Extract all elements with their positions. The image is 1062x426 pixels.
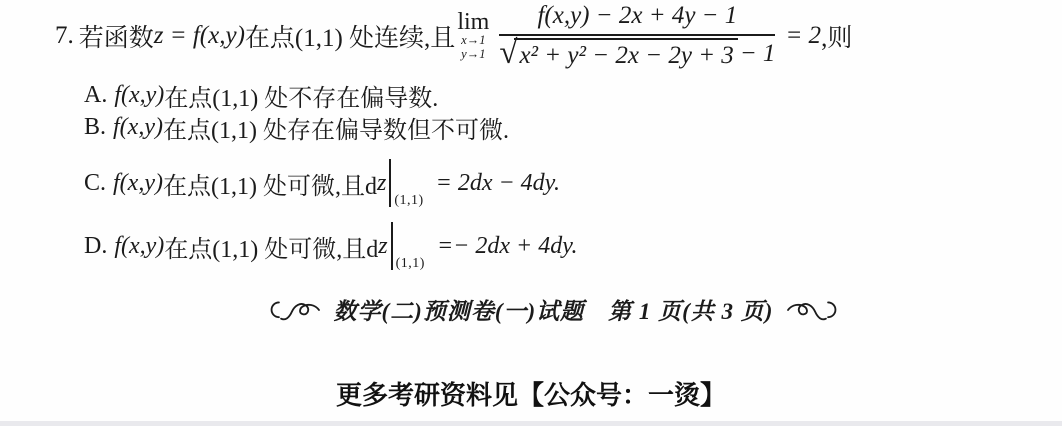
promo-text: 更多考研资料见【公众号：一烫】 [0, 375, 1062, 412]
evaluation-subscript: (1,1) [394, 193, 423, 209]
square-root: √ x² + y² − 2x − 2y + 3 [499, 38, 737, 71]
option-a-function: f(x,y) [114, 82, 164, 109]
option-d-label: D. [84, 233, 107, 260]
evaluation-bar [389, 159, 391, 207]
limit-value: = 2 [785, 22, 821, 50]
then-word: ,则 [821, 18, 852, 54]
page-footer: 数学(二)预测卷(一)试题 第 1 页(共 3 页) [45, 293, 1062, 328]
swirl-infinity-right-icon [785, 297, 843, 323]
option-b-row: B. f(x,y) 在点(1,1) 处存在偏导数但不可微. [84, 112, 509, 142]
question-lead-text: 若函数 [79, 18, 154, 54]
option-c-function: f(x,y) [113, 170, 163, 197]
limit-subscript-y: y→1 [461, 48, 485, 62]
limit-word: lim [457, 10, 489, 34]
option-c-text: 在点(1,1) 处可微,且d [163, 166, 377, 201]
denominator-tail: − 1 [740, 38, 776, 69]
footer-text: 数学(二)预测卷(一)试题 第 1 页(共 3 页) [334, 293, 774, 326]
option-a-text: 在点(1,1) 处不存在偏导数. [164, 78, 438, 113]
evaluation-bar [391, 222, 393, 270]
limit-operator: lim x→1 y→1 [457, 10, 489, 62]
option-d-function: f(x,y) [114, 233, 164, 260]
option-b-function: f(x,y) [113, 114, 163, 141]
option-a-label: A. [84, 82, 107, 109]
option-b-text: 在点(1,1) 处存在偏导数但不可微. [163, 110, 509, 145]
fraction-denominator: √ x² + y² − 2x − 2y + 3 − 1 [499, 36, 775, 71]
option-d-row: D. f(x,y) 在点(1,1) 处可微,且d z (1,1) =− 2dx … [84, 218, 578, 274]
question-row: 7. 若函数 z = f(x,y) 在点(1,1) 处连续,且 lim x→1 … [55, 2, 852, 70]
page-bottom-divider [0, 421, 1062, 426]
question-continuity-text: 在点(1,1) 处连续,且 [245, 18, 455, 54]
option-c-dz: z [377, 170, 386, 197]
option-c-label: C. [84, 170, 106, 197]
option-d-rhs: =− 2dx + 4dy. [437, 233, 578, 260]
option-d-text: 在点(1,1) 处可微,且d [164, 229, 378, 264]
swirl-infinity-left-icon [264, 297, 322, 323]
radicand: x² + y² − 2x − 2y + 3 [514, 38, 737, 71]
question-number: 7. [55, 22, 74, 50]
function-expression: z = f(x,y) [154, 22, 245, 50]
option-c-row: C. f(x,y) 在点(1,1) 处可微,且d z (1,1) = 2dx −… [84, 155, 560, 211]
option-a-row: A. f(x,y) 在点(1,1) 处不存在偏导数. [84, 80, 438, 110]
option-d-dz: z [378, 233, 387, 260]
evaluation-subscript: (1,1) [396, 256, 425, 272]
option-b-label: B. [84, 114, 106, 141]
fraction-numerator: f(x,y) − 2x + 4y − 1 [499, 2, 775, 36]
exam-page: 7. 若函数 z = f(x,y) 在点(1,1) 处连续,且 lim x→1 … [0, 0, 1062, 426]
limit-fraction: f(x,y) − 2x + 4y − 1 √ x² + y² − 2x − 2y… [499, 2, 775, 71]
limit-subscript-x: x→1 [461, 34, 485, 48]
option-c-rhs: = 2dx − 4dy. [436, 170, 560, 197]
